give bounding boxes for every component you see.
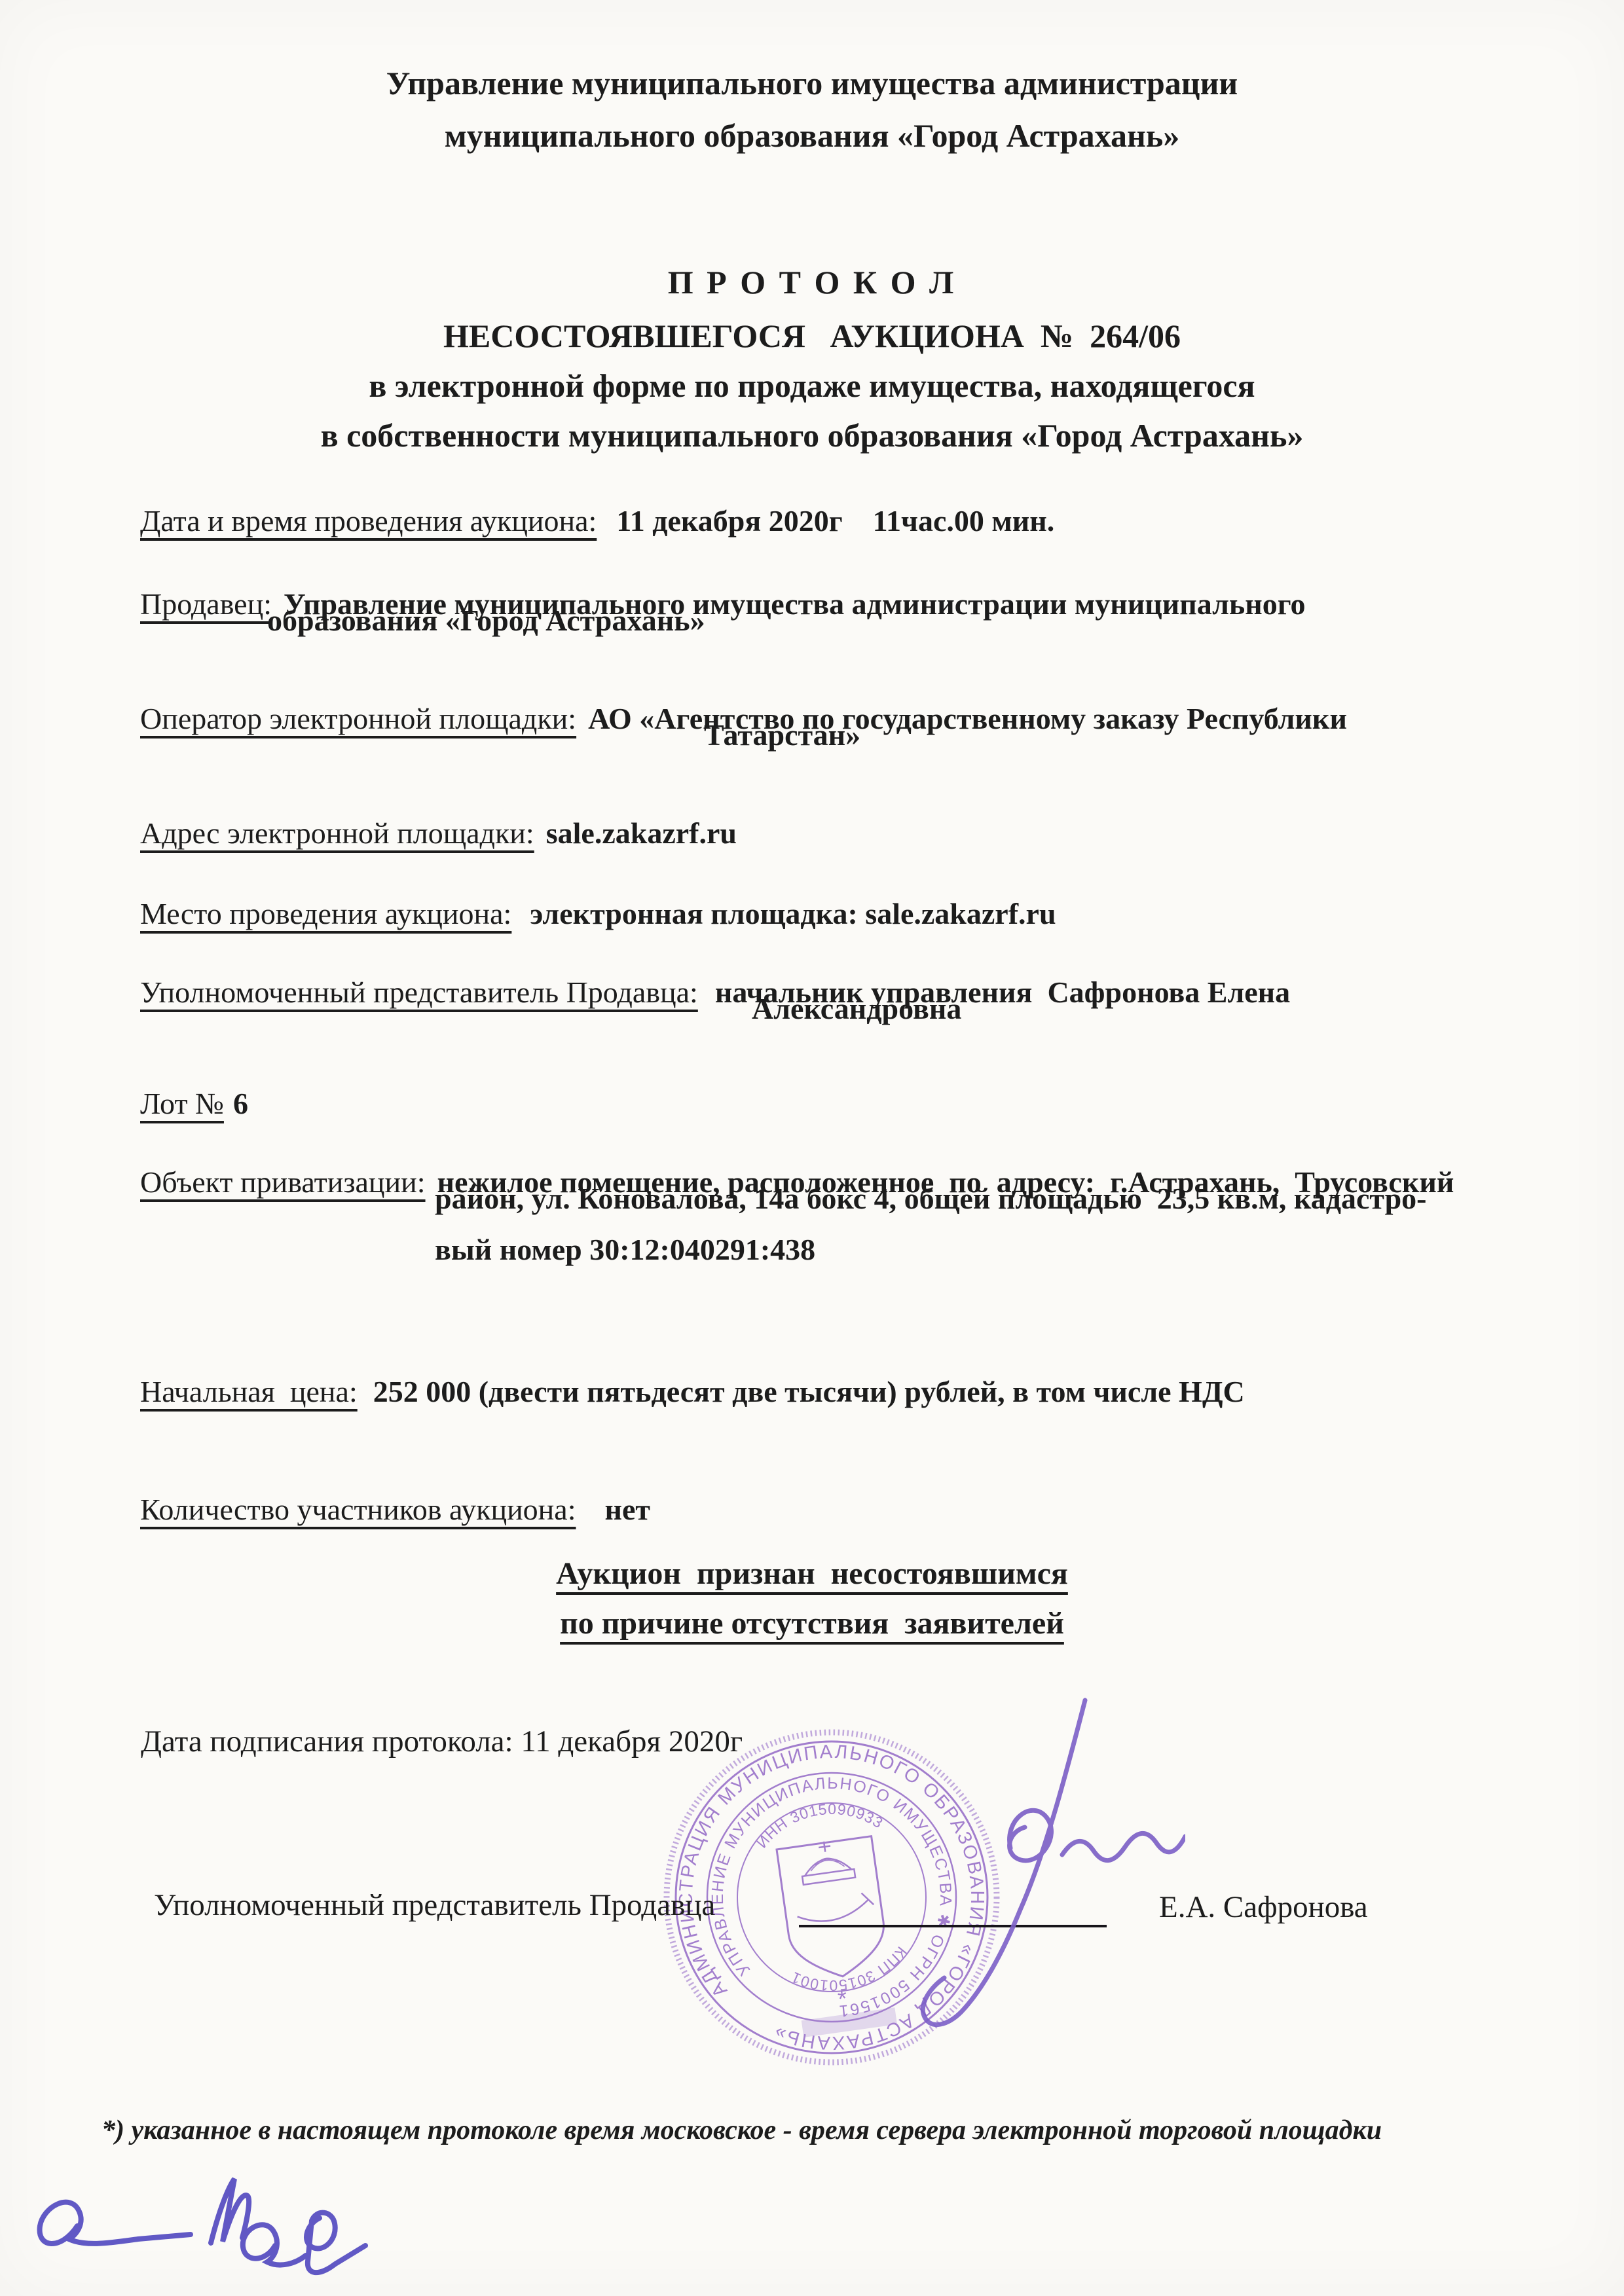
field-object-label: Объект приватизации: [140, 1165, 426, 1199]
field-venue-label: Место проведения аукциона: [140, 897, 511, 930]
signer-name: Е.А. Сафронова [1159, 1889, 1368, 1925]
field-address-label: Адрес электронной площадки: [140, 816, 534, 850]
field-object-value-line3: вый номер 30:12:040291:438 [435, 1232, 815, 1267]
footnote: *) указанное в настоящем протоколе время… [101, 2115, 1382, 2146]
field-date-time-value: 11 декабря 2020г 11час.00 мин. [616, 504, 1054, 538]
doc-title-line1: П Р О Т О К О Л [0, 263, 1624, 301]
org-header-line2: муниципального образования «Город Астрах… [0, 117, 1624, 155]
field-object-value-line2: район, ул. Коновалова, 14а бокс 4, общей… [435, 1181, 1426, 1216]
signing-date: Дата подписания протокола: 11 декабря 20… [141, 1724, 743, 1759]
field-price-value: 252 000 (двести пятьдесят две тысячи) ру… [373, 1375, 1245, 1408]
signature-row-label: Уполномоченный представитель Продавца [154, 1887, 715, 1923]
result-line2: по причине отсутствия заявителей [0, 1605, 1624, 1641]
field-seller-value-line2: образования «Город Астрахань» [267, 603, 705, 638]
org-header-line1: Управление муниципального имущества адми… [0, 64, 1624, 102]
field-participants-label: Количество участников аукциона: [140, 1493, 576, 1526]
doc-title-line3: в электронной форме по продаже имущества… [0, 367, 1624, 405]
field-representative-value-line2: Александровна [752, 991, 961, 1026]
field-price: Начальная цена:252 000 (двести пятьдесят… [110, 1339, 1245, 1444]
field-operator-label: Оператор электронной площадки: [140, 702, 576, 735]
field-seller-label: Продавец: [140, 587, 272, 621]
result-line1: Аукцион признан несостоявшимся [0, 1556, 1624, 1592]
handwritten-signature [13, 2166, 419, 2296]
field-date-time-label: Дата и время проведения аукциона: [140, 504, 597, 538]
field-address-value: sale.zakazrf.ru [546, 816, 737, 850]
field-venue-value: электронная площадка: sale.zakazrf.ru [530, 897, 1056, 930]
field-participants-value: нет [605, 1493, 651, 1526]
field-operator-value-line1: АО «Агентство по государственному заказу… [588, 702, 1347, 735]
field-operator-value-line2: Татарстан» [704, 718, 860, 752]
doc-title-line2: НЕСОСТОЯВШЕГОСЯ АУКЦИОНА № 264/06 [0, 317, 1624, 355]
field-participants: Количество участников аукциона:нет [110, 1457, 650, 1561]
field-representative: Уполномоченный представитель Продавца:на… [110, 940, 1290, 1044]
doc-title-line4: в собственности муниципального образован… [0, 416, 1624, 454]
field-lot-value: 6 [233, 1087, 248, 1120]
signature-ink [766, 1679, 1185, 2046]
document-page: Управление муниципального имущества адми… [0, 0, 1624, 2296]
field-representative-label: Уполномоченный представитель Продавца: [140, 975, 698, 1009]
field-price-label: Начальная цена: [140, 1375, 358, 1408]
field-lot-label: Лот № [140, 1087, 224, 1120]
